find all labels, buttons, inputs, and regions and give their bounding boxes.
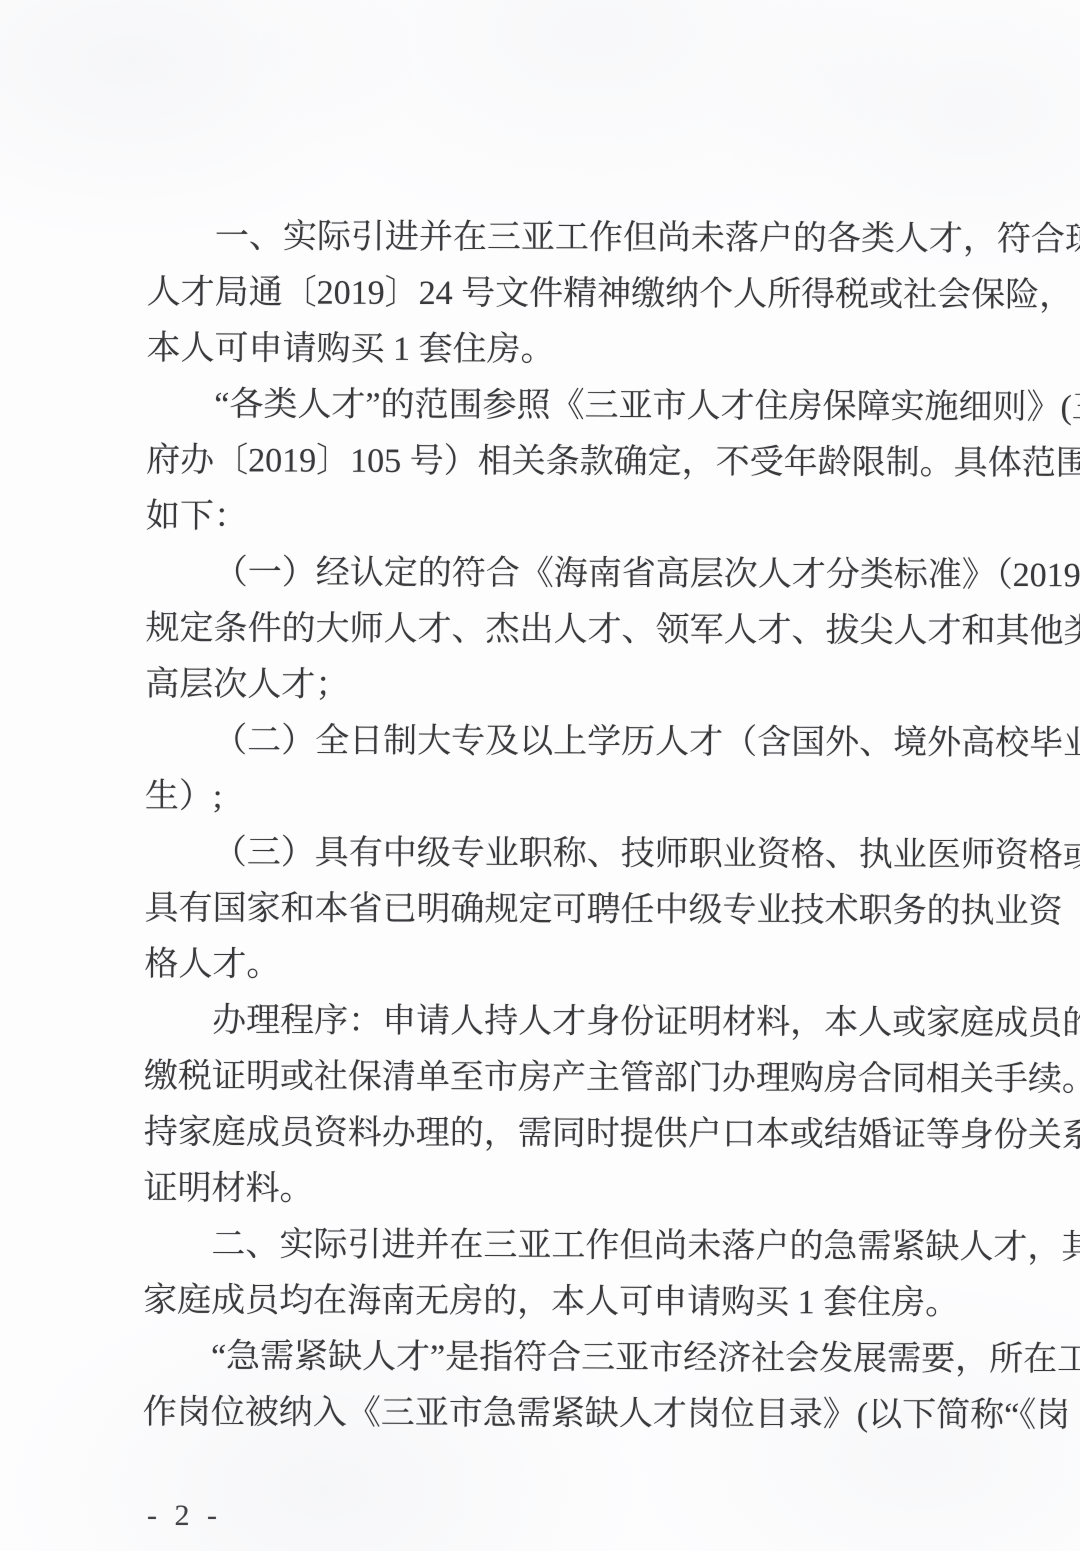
paragraph-6: 办理程序：申请人持人才身份证明材料，本人或家庭成员的 缴税证明或社保清单至市房产… <box>143 993 1010 1220</box>
paragraph-4-line-2: 生）; <box>145 769 1011 828</box>
scanned-document-page: { "document": { "page_number": "- 2 -", … <box>0 0 1080 1551</box>
paragraph-4: （二）全日制大专及以上学历人才（含国外、境外高校毕业 生）; <box>145 713 1011 828</box>
paragraph-7-line-1: 二、实际引进并在三亚工作但尚未落户的急需紧缺人才，其 <box>143 1217 1009 1276</box>
paragraph-3: （一）经认定的符合《海南省高层次人才分类标准》（2019） 规定条件的大师人才、… <box>145 545 1012 716</box>
paragraph-8-line-2: 作岗位被纳入《三亚市急需紧缺人才岗位目录》(以下简称“《岗 <box>143 1385 1009 1444</box>
paragraph-5-line-3: 格人才。 <box>144 937 1010 996</box>
paragraph-4-line-1: （二）全日制大专及以上学历人才（含国外、境外高校毕业 <box>145 713 1011 772</box>
paragraph-7-line-2: 家庭成员均在海南无房的，本人可申请购买 1 套住房。 <box>143 1273 1009 1332</box>
paragraph-6-line-1: 办理程序：申请人持人才身份证明材料，本人或家庭成员的 <box>144 993 1010 1052</box>
paragraph-1-line-3: 本人可申请购买 1 套住房。 <box>146 321 1012 380</box>
paragraph-5-line-1: （三）具有中级专业职称、技师职业资格、执业医师资格或 <box>145 825 1011 884</box>
paragraph-5-line-2: 具有国家和本省已明确规定可聘任中级专业技术职务的执业资 <box>144 881 1010 940</box>
paragraph-3-line-2: 规定条件的大师人才、杰出人才、领军人才、拔尖人才和其他类 <box>145 601 1011 660</box>
paragraph-2-line-1: “各类人才”的范围参照《三亚市人才住房保障实施细则》(三 <box>146 377 1012 436</box>
paragraph-1-line-2: 人才局通〔2019〕24 号文件精神缴纳个人所得税或社会保险， <box>147 265 1013 324</box>
paragraph-8: “急需紧缺人才”是指符合三亚市经济社会发展需要，所在工 作岗位被纳入《三亚市急需… <box>143 1329 1009 1444</box>
paragraph-5: （三）具有中级专业职称、技师职业资格、执业医师资格或 具有国家和本省已明确规定可… <box>144 825 1011 996</box>
paragraph-2-line-3: 如下： <box>146 489 1012 548</box>
paragraph-6-line-4: 证明材料。 <box>143 1161 1009 1220</box>
paragraph-6-line-2: 缴税证明或社保清单至市房产主管部门办理购房合同相关手续。 <box>144 1049 1010 1108</box>
paragraph-6-line-3: 持家庭成员资料办理的，需同时提供户口本或结婚证等身份关系 <box>144 1105 1010 1164</box>
paragraph-7: 二、实际引进并在三亚工作但尚未落户的急需紧缺人才，其 家庭成员均在海南无房的，本… <box>143 1217 1009 1332</box>
paragraph-1: 一、实际引进并在三亚工作但尚未落户的各类人才，符合琼 人才局通〔2019〕24 … <box>146 209 1013 380</box>
paragraph-2: “各类人才”的范围参照《三亚市人才住房保障实施细则》(三 府办〔2019〕105… <box>146 377 1013 548</box>
document-text-block: 一、实际引进并在三亚工作但尚未落户的各类人才，符合琼 人才局通〔2019〕24 … <box>143 209 1013 1444</box>
paragraph-3-line-3: 高层次人才； <box>145 657 1011 716</box>
paragraph-3-line-1: （一）经认定的符合《海南省高层次人才分类标准》（2019） <box>146 545 1012 604</box>
paragraph-2-line-2: 府办〔2019〕105 号）相关条款确定，不受年龄限制。具体范围 <box>146 433 1012 492</box>
page-number: - 2 - <box>147 1496 222 1536</box>
paragraph-1-line-1: 一、实际引进并在三亚工作但尚未落户的各类人才，符合琼 <box>147 209 1013 268</box>
paragraph-8-line-1: “急需紧缺人才”是指符合三亚市经济社会发展需要，所在工 <box>143 1329 1009 1388</box>
